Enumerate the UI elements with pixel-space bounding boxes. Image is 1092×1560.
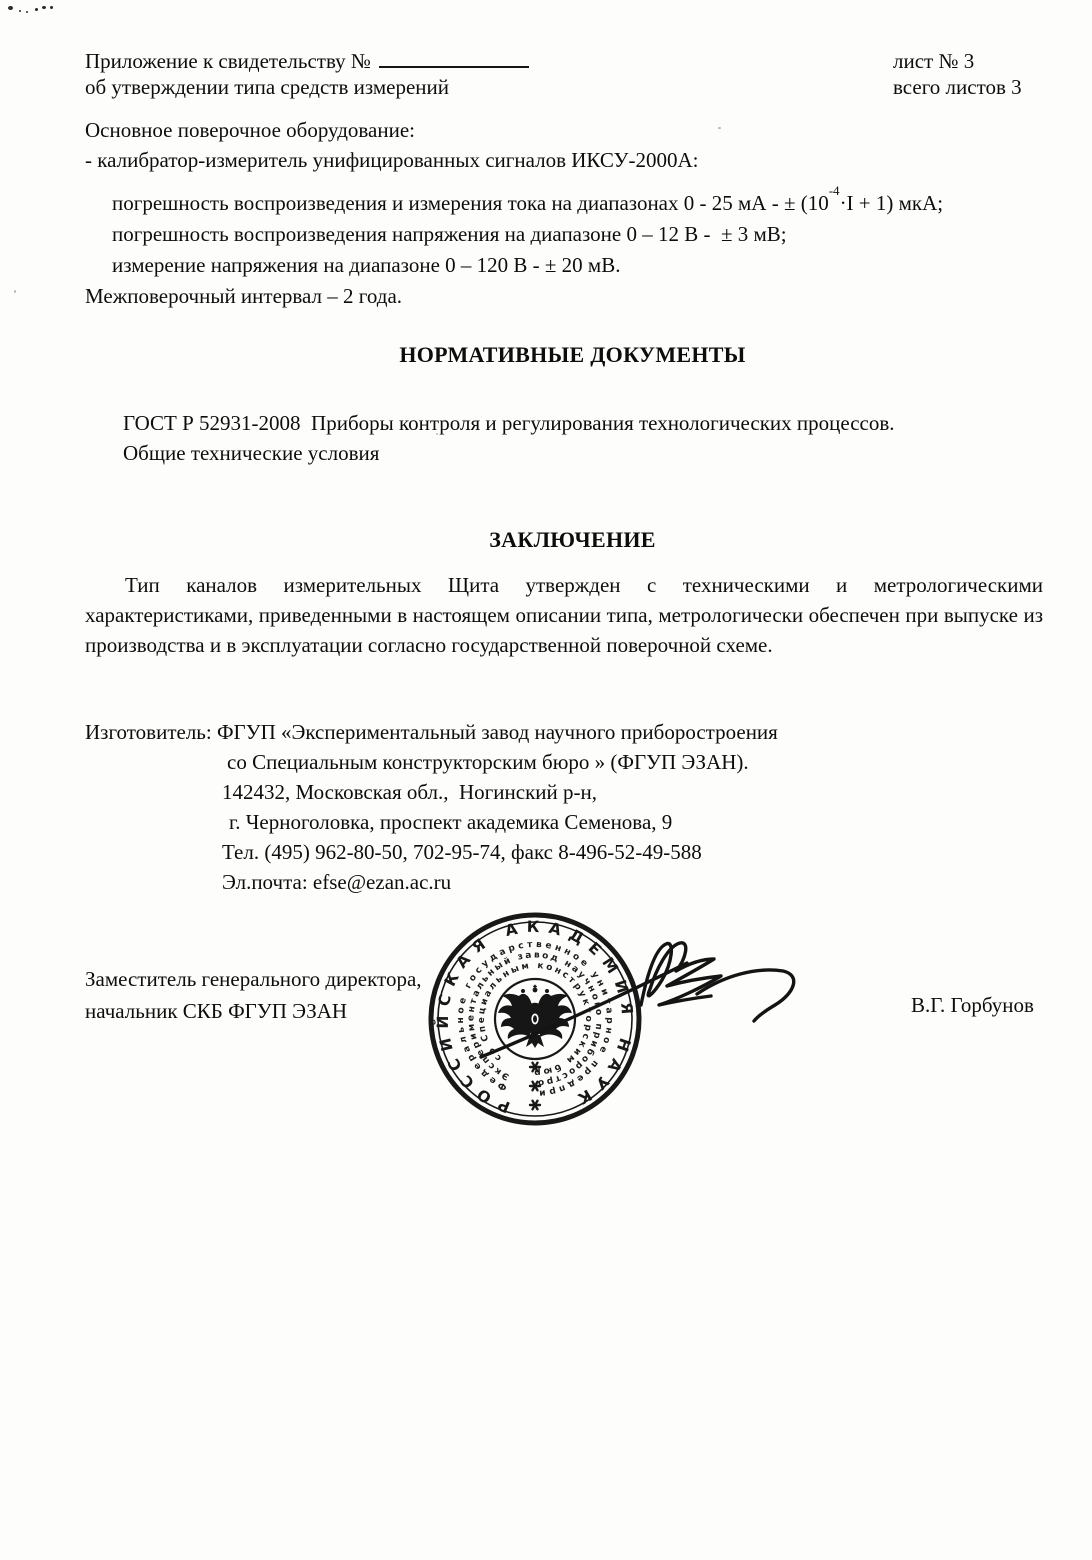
sheets-total: всего листов 3 xyxy=(893,74,1022,100)
spec-voltage-reproduction: погрешность воспроизведения напряжения н… xyxy=(112,219,943,250)
manufacturer-line-4: г. Черноголовка, проспект академика Семе… xyxy=(85,807,778,837)
spec-current-text: погрешность воспроизведения и измерения … xyxy=(112,191,829,215)
header-left: Приложение к свидетельству № об утвержде… xyxy=(85,48,529,100)
manufacturer-line-2: со Специальным конструкторским бюро » (Ф… xyxy=(85,747,778,777)
signer-title-line-1: Заместитель генерального директора, xyxy=(85,963,422,995)
spec-voltage-measurement: измерение напряжения на диапазоне 0 – 12… xyxy=(112,250,943,281)
manufacturer-line-3: 142432, Московская обл., Ногинский р-н, xyxy=(85,777,778,807)
document-page: Приложение к свидетельству № об утвержде… xyxy=(0,0,1092,1560)
appendix-line-1-text: Приложение к свидетельству № xyxy=(85,49,371,73)
gost-reference: ГОСТ Р 52931-2008 Приборы контроля и рег… xyxy=(123,408,895,468)
scan-noise-dot xyxy=(14,290,16,293)
gost-line-1: ГОСТ Р 52931-2008 Приборы контроля и рег… xyxy=(123,408,895,438)
spec-current-tail: ·I + 1) мкА; xyxy=(840,191,944,215)
manufacturer-line-5: Тел. (495) 962-80-50, 702-95-74, факс 8-… xyxy=(85,837,778,867)
equipment-item: - калибратор-измеритель унифицированных … xyxy=(85,148,699,173)
spec-current-exponent: -4 xyxy=(829,183,840,198)
conclusion-heading: ЗАКЛЮЧЕНИЕ xyxy=(85,527,1060,553)
scan-noise-specks xyxy=(8,6,78,18)
sheet-number: лист № 3 xyxy=(893,48,1022,74)
signer-title-line-2: начальник СКБ ФГУП ЭЗАН xyxy=(85,995,422,1027)
manufacturer-block: Изготовитель: ФГУП «Экспериментальный за… xyxy=(85,717,778,897)
normative-docs-heading: НОРМАТИВНЫЕ ДОКУМЕНТЫ xyxy=(85,342,1060,368)
appendix-line-1: Приложение к свидетельству № xyxy=(85,48,529,74)
signer-title: Заместитель генерального директора, нача… xyxy=(85,963,422,1027)
equipment-title: Основное поверочное оборудование: xyxy=(85,118,415,143)
appendix-line-2: об утверждении типа средств измерений xyxy=(85,74,529,100)
gost-line-2: Общие технические условия xyxy=(123,438,895,468)
equipment-specs: погрешность воспроизведения и измерения … xyxy=(112,188,943,281)
signature-scribble xyxy=(455,923,845,1073)
certificate-number-blank xyxy=(379,50,529,68)
signer-name: В.Г. Горбунов xyxy=(911,993,1034,1018)
header-right: лист № 3 всего листов 3 xyxy=(893,48,1022,100)
manufacturer-line-6: Эл.почта: efse@ezan.ac.ru xyxy=(85,867,778,897)
calibration-interval: Межповерочный интервал – 2 года. xyxy=(85,284,402,309)
scan-noise-dot xyxy=(718,127,721,129)
conclusion-paragraph: Тип каналов измерительных Щита утвержден… xyxy=(85,570,1043,660)
manufacturer-line-1: Изготовитель: ФГУП «Экспериментальный за… xyxy=(85,717,778,747)
spec-current: погрешность воспроизведения и измерения … xyxy=(112,188,943,219)
